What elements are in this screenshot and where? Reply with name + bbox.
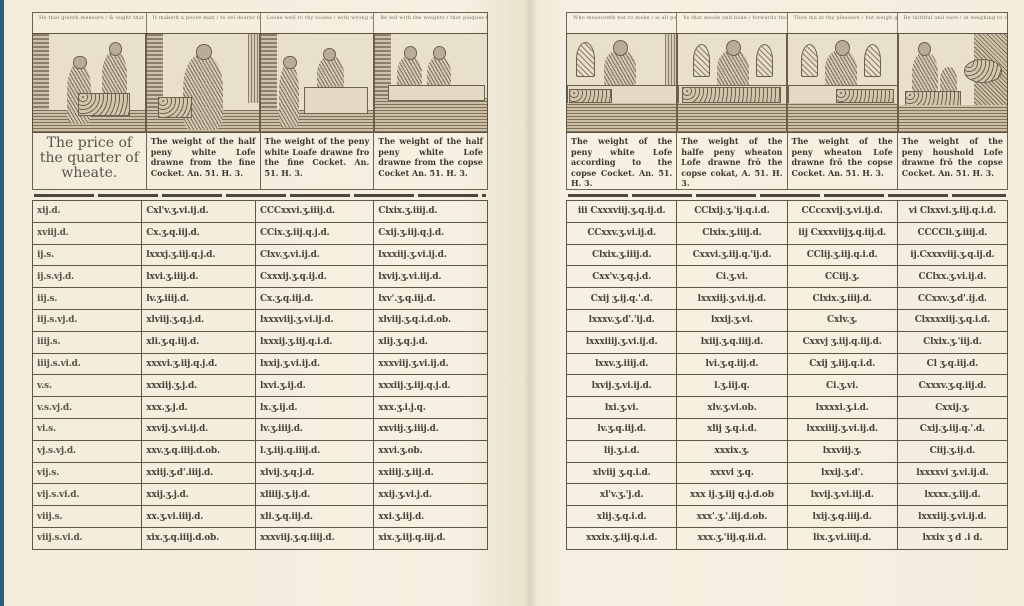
table-cell: xxvi.ʒ.ob.: [374, 440, 488, 462]
table-cell: lxxxxi.ʒ.i.d.: [787, 397, 897, 419]
woodcut-bakers-at-table-icon: [375, 34, 487, 132]
column-header: The weight of the peny houshold Lofe dra…: [898, 133, 1007, 189]
table-cell: xx.ʒ.vi.iiij.d.: [142, 506, 256, 528]
table-cell: xli.ʒ.q.iij.d.: [142, 331, 256, 353]
table-cell: vij.s.: [33, 462, 142, 484]
table-cell: Cxij ʒ.iij.q.i.d.: [787, 353, 897, 375]
table-cell: xij.d.: [33, 201, 142, 223]
table-cell: ij.Cxxxviij.ʒ.q.ij.d.: [897, 244, 1007, 266]
table-row: lij.ʒ.i.d.xxxix.ʒ.lxxviij.ʒ.Ciij.ʒ.ij.d.: [567, 440, 1008, 462]
woodcut-kneading-trough-icon: [261, 34, 375, 132]
table-cell: lxvij.ʒ.vi.iij.d.: [787, 484, 897, 506]
verse-caption: It maketh a poore man / to sel dearer fo…: [147, 13, 261, 33]
table-cell: CCix.ʒ.iij.q.j.d.: [255, 222, 373, 244]
column-header: The weight of the peny white Lofe accord…: [567, 133, 677, 189]
table-row: ij.s.lxxxj.ʒ.iij.q.j.d.Clxv.ʒ.vi.ij.d.lx…: [33, 244, 488, 266]
table-cell: xxviij.ʒ.iiij.d.: [374, 418, 488, 440]
table-cell: lxxij.ʒ.vi.ij.d.: [255, 353, 373, 375]
table-cell: xxiiij.ʒ.iij.d.: [374, 462, 488, 484]
table-cell: lij.ʒ.i.d.: [567, 440, 677, 462]
table-cell: xxxiij.ʒ.iij.q.j.d.: [374, 375, 488, 397]
column-header: The weight of the half peny white Lofe d…: [147, 133, 261, 189]
table-cell: Clxix.ʒ.iiij.d.: [567, 244, 677, 266]
table-cell: Cxxvj ʒ.iij.q.iij.d.: [787, 331, 897, 353]
right-page: Who measureth not to make / is all point…: [566, 12, 1008, 550]
table-cell: iij.s.: [33, 288, 142, 310]
table-cell: CCxxv.ʒ.vi.ij.d.: [567, 222, 677, 244]
table-row: lxi.ʒ.vi.xlv.ʒ.vi.ob.lxxxxi.ʒ.i.d.Cxxij.…: [567, 397, 1008, 419]
table-row: Cxij ʒ.ij.q.'.d.lxxxiij.ʒ.vi.ij.d.Clxix.…: [567, 288, 1008, 310]
table-cell: lxij.ʒ.q.iiij.d.: [787, 506, 897, 528]
table-cell: lxxij.ʒ.d'.: [787, 462, 897, 484]
table-cell: v.s.: [33, 375, 142, 397]
table-cell: xxvij.ʒ.vi.ij.d.: [142, 418, 256, 440]
table-cell: vj.s.vj.d.: [33, 440, 142, 462]
table-cell: iiij.s.: [33, 331, 142, 353]
table-cell: lxxxiij.ʒ.vi.ij.d.: [677, 288, 787, 310]
table-cell: iij.s.vj.d.: [33, 309, 142, 331]
verse-caption: Ye that meale and bake / forwards those …: [677, 13, 787, 33]
table-row: lxxxiiij.ʒ.vi.ij.d.lxiij.ʒ.q.iiij.d.Cxxv…: [567, 331, 1008, 353]
table-cell: lxv'.ʒ.q.iij.d.: [374, 288, 488, 310]
table-cell: xl'v.ʒ.'j.d.: [567, 484, 677, 506]
table-cell: Ci.ʒ.vi.: [787, 375, 897, 397]
table-cell: Clxix.ʒ.iiij.d.: [374, 201, 488, 223]
table-cell: lxxxx.ʒ.iij.d.: [897, 484, 1007, 506]
table-cell: ij.s.vj.d.: [33, 266, 142, 288]
table-cell: Cxij ʒ.ij.q.'.d.: [567, 288, 677, 310]
verse-caption: Be led with the weights / that plaques f…: [374, 13, 487, 33]
table-cell: lxxxviij.ʒ.vi.ij.d.: [255, 309, 373, 331]
right-woodcut-strip: [566, 33, 1008, 133]
table-cell: lv.ʒ.iiij.d.: [142, 288, 256, 310]
table-row: CCxxv.ʒ.vi.ij.d.Clxix.ʒ.iiij.d.iij Cxxxv…: [567, 222, 1008, 244]
table-row: iii Cxxxviij.ʒ.q.ij.d.CClxij.ʒ.'ij.q.i.d…: [567, 201, 1008, 223]
table-cell: Cl ʒ.q.iij.d.: [897, 353, 1007, 375]
table-cell: xlvij.ʒ.q.j.d.: [255, 462, 373, 484]
table-cell: xxv.ʒ.q.iiij.d.ob.: [142, 440, 256, 462]
woodcut-farmer-with-sacks-icon: [33, 34, 147, 132]
divider-rule: [568, 194, 1006, 197]
verse-caption: Be faithful and sure / in weighing to cu…: [898, 13, 1007, 33]
table-cell: xxij.ʒ.vi.j.d.: [374, 484, 488, 506]
table-cell: lxxxv.ʒ.d'.'ij.d.: [567, 309, 677, 331]
table-cell: xlij ʒ.q.i.d.: [677, 418, 787, 440]
table-cell: xxx ij.ʒ.iij q.j.d.ob: [677, 484, 787, 506]
column-header: The weight of the peny white Loafe drawn…: [261, 133, 375, 189]
table-row: xxxix.ʒ.iij.q.i.d.xxx.ʒ.'iij.q.ii.d.lix.…: [567, 527, 1008, 549]
table-cell: xxx.ʒ.j.d.: [142, 397, 256, 419]
table-cell: xlij.ʒ.q.i.d.: [567, 506, 677, 528]
table-cell: lv.ʒ.iiij.d.: [255, 418, 373, 440]
column-header: The weight of the half peny white Lofe d…: [374, 133, 487, 189]
left-woodcut-strip: [32, 33, 488, 133]
table-cell: CClxij.ʒ.'ij.q.i.d.: [677, 201, 787, 223]
right-assize-table: iii Cxxxviij.ʒ.q.ij.d.CClxij.ʒ.'ij.q.i.d…: [566, 200, 1008, 550]
table-cell: lxvij.ʒ.vi.iij.d.: [374, 266, 488, 288]
table-row: iij.s.vj.d.xlviij.ʒ.q.j.d.lxxxviij.ʒ.vi.…: [33, 309, 488, 331]
table-cell: lxxv.ʒ.iiij.d.: [567, 353, 677, 375]
table-cell: CCxxv.ʒ.d'.ij.d.: [897, 288, 1007, 310]
column-header-wheat-price: The price of the quarter of wheate.: [33, 133, 147, 189]
book-spread: He that giueth measure / & ought that wo…: [4, 0, 1024, 606]
left-assize-table: xij.d.Cxl'v.ʒ.vi.ij.d.CCCxxvi.ʒ.iiij.d.C…: [32, 200, 488, 550]
table-row: lxxv.ʒ.iiij.d.lvi.ʒ.q.iij.d.Cxij ʒ.iij.q…: [567, 353, 1008, 375]
table-cell: Cxij.ʒ.iij.q.j.d.: [374, 222, 488, 244]
table-cell: Cxxvi.ʒ.iij.q.'ij.d.: [677, 244, 787, 266]
table-row: viij.s.vi.d.xix.ʒ.q.iiij.d.ob.xxxviij.ʒ.…: [33, 527, 488, 549]
table-row: vij.s.vi.d.xxij.ʒ.j.d.xliiij.ʒ.ij.d.xxij…: [33, 484, 488, 506]
table-row: viij.s.xx.ʒ.vi.iiij.d.xli.ʒ.q.iij.d.xxi.…: [33, 506, 488, 528]
table-cell: ij.s.: [33, 244, 142, 266]
table-cell: Cxl'v.ʒ.vi.ij.d.: [142, 201, 256, 223]
table-row: vj.s.vj.d.xxv.ʒ.q.iiij.d.ob.l.ʒ.iij.q.ii…: [33, 440, 488, 462]
table-cell: lxxix ʒ d .i d.: [897, 527, 1007, 549]
table-row: Clxix.ʒ.iiij.d.Cxxvi.ʒ.iij.q.'ij.d.CClij…: [567, 244, 1008, 266]
table-cell: xlviij ʒ.q.i.d.: [567, 462, 677, 484]
table-cell: lxxxiiij.ʒ.vi.ij.d.: [787, 418, 897, 440]
table-cell: lxiij.ʒ.q.iiij.d.: [677, 331, 787, 353]
table-cell: xxx.ʒ.i.j.q.: [374, 397, 488, 419]
table-cell: CCccxvij.ʒ.vi.ij.d.: [787, 201, 897, 223]
table-cell: lxxxiij.ʒ.vi.ij.d.: [374, 244, 488, 266]
table-row: lxxxv.ʒ.d'.'ij.d.lxxij.ʒ.vi.Cxlv.ʒ.Clxxx…: [567, 309, 1008, 331]
table-cell: xlviij.ʒ.q.i.d.ob.: [374, 309, 488, 331]
table-cell: Cxxxij.ʒ.q.ij.d.: [255, 266, 373, 288]
table-cell: lvi.ʒ.q.iij.d.: [677, 353, 787, 375]
table-cell: Clxv.ʒ.vi.ij.d.: [255, 244, 373, 266]
table-cell: CClxx.ʒ.vi.ij.d.: [897, 266, 1007, 288]
table-cell: xlviij.ʒ.q.j.d.: [142, 309, 256, 331]
table-row: Cxx'v.ʒ.q.j.d.Ci.ʒ.vi.CCiij.ʒ.CClxx.ʒ.vi…: [567, 266, 1008, 288]
table-cell: lxxxxvi ʒ.vi.ij.d.: [897, 462, 1007, 484]
verse-caption: Who measureth not to make / is all point…: [567, 13, 677, 33]
table-cell: iij Cxxxviijʒ.q.iij.d.: [787, 222, 897, 244]
table-row: xl'v.ʒ.'j.d.xxx ij.ʒ.iij q.j.d.oblxvij.ʒ…: [567, 484, 1008, 506]
table-row: xlij.ʒ.q.i.d.xxx'.ʒ.'.iij.d.ob.lxij.ʒ.q.…: [567, 506, 1008, 528]
table-cell: lxi.ʒ.vi.: [567, 397, 677, 419]
table-cell: Clxxxxiij.ʒ.q.i.d.: [897, 309, 1007, 331]
table-cell: lxxxiij.ʒ.vi.ij.d.: [897, 506, 1007, 528]
table-cell: lxxij.ʒ.vi.: [677, 309, 787, 331]
table-cell: Cxxij.ʒ.: [897, 397, 1007, 419]
table-cell: xxiij.ʒ.d'.iiij.d.: [142, 462, 256, 484]
table-cell: Ci.ʒ.vi.: [677, 266, 787, 288]
table-cell: CCCxxvi.ʒ.iiij.d.: [255, 201, 373, 223]
table-row: iiij.s.vi.d.xxxvi.ʒ.iij.q.j.d.lxxij.ʒ.vi…: [33, 353, 488, 375]
table-row: vij.s.xxiij.ʒ.d'.iiij.d.xlvij.ʒ.q.j.d.xx…: [33, 462, 488, 484]
table-cell: xviij.d.: [33, 222, 142, 244]
woodcut-woman-sifting-icon: [147, 34, 261, 132]
table-cell: Cxx'v.ʒ.q.j.d.: [567, 266, 677, 288]
table-cell: xxxiij.ʒ.j.d.: [142, 375, 256, 397]
column-header: The weight of the halfe peny wheaton Lof…: [677, 133, 787, 189]
table-cell: viij.s.vi.d.: [33, 527, 142, 549]
table-cell: xxx.ʒ.'iij.q.ii.d.: [677, 527, 787, 549]
table-row: ij.s.vj.d.lxvi.ʒ.iiij.d.Cxxxij.ʒ.q.ij.d.…: [33, 266, 488, 288]
table-row: xij.d.Cxl'v.ʒ.vi.ij.d.CCCxxvi.ʒ.iiij.d.C…: [33, 201, 488, 223]
table-cell: Clxix.ʒ.'iij.d.: [897, 331, 1007, 353]
table-row: v.s.xxxiij.ʒ.j.d.lxvi.ʒ.ij.d.xxxiij.ʒ.ii…: [33, 375, 488, 397]
table-cell: lix.ʒ.vi.iiij.d.: [787, 527, 897, 549]
woodcut-bakers-oven-icon: [899, 34, 1008, 132]
table-cell: lxxxiiij.ʒ.vi.ij.d.: [567, 331, 677, 353]
table-row: xlviij ʒ.q.i.d.xxxvi ʒ.q.lxxij.ʒ.d'.lxxx…: [567, 462, 1008, 484]
table-cell: CCiij.ʒ.: [787, 266, 897, 288]
table-row: xviij.d.Cx.ʒ.q.iij.d.CCix.ʒ.iij.q.j.d.Cx…: [33, 222, 488, 244]
table-cell: xxxvi ʒ.q.: [677, 462, 787, 484]
table-cell: lxvi.ʒ.ij.d.: [255, 375, 373, 397]
table-cell: lv.ʒ.q.iij.d.: [567, 418, 677, 440]
table-cell: iiij.s.vi.d.: [33, 353, 142, 375]
table-cell: l.ʒ.iij.q.iiij.d.: [255, 440, 373, 462]
table-cell: xlij.ʒ.q.j.d.: [374, 331, 488, 353]
table-cell: lxvij.ʒ.vi.ij.d.: [567, 375, 677, 397]
table-cell: xli.ʒ.q.iij.d.: [255, 506, 373, 528]
woodcut-baker-shaping-icon: [788, 34, 899, 132]
table-cell: vij.s.vi.d.: [33, 484, 142, 506]
table-cell: CCCCli.ʒ.iiij.d.: [897, 222, 1007, 244]
table-cell: Cxxxv.ʒ.q.iij.d.: [897, 375, 1007, 397]
table-cell: xliiij.ʒ.ij.d.: [255, 484, 373, 506]
table-cell: lxxxj.ʒ.iij.q.j.d.: [142, 244, 256, 266]
table-cell: xix.ʒ.iij.q.iij.d.: [374, 527, 488, 549]
table-row: lxvij.ʒ.vi.ij.d.l.ʒ.iij.q.Ci.ʒ.vi.Cxxxv.…: [567, 375, 1008, 397]
table-cell: Cx.ʒ.q.iij.d.: [255, 288, 373, 310]
table-cell: xxi.ʒ.iij.d.: [374, 506, 488, 528]
table-cell: Clxix.ʒ.iiij.d.: [787, 288, 897, 310]
table-cell: xxxix.ʒ.: [677, 440, 787, 462]
left-page: He that giueth measure / & ought that wo…: [32, 12, 488, 550]
table-cell: xxij.ʒ.j.d.: [142, 484, 256, 506]
table-cell: xxxix.ʒ.iij.q.i.d.: [567, 527, 677, 549]
table-row: vi.s.xxvij.ʒ.vi.ij.d.lv.ʒ.iiij.d.xxviij.…: [33, 418, 488, 440]
woodcut-baker-window-icon: [567, 34, 678, 132]
table-cell: xxx'.ʒ.'.iij.d.ob.: [677, 506, 787, 528]
table-cell: v.s.vj.d.: [33, 397, 142, 419]
column-header: The weight of the peny wheaton Lofe draw…: [788, 133, 898, 189]
table-cell: Cxlv.ʒ.: [787, 309, 897, 331]
table-cell: CClij.ʒ.iij.q.i.d.: [787, 244, 897, 266]
table-cell: xxxviij.ʒ.vi.ij.d.: [374, 353, 488, 375]
table-cell: Cx.ʒ.q.iij.d.: [142, 222, 256, 244]
left-column-headers: The price of the quarter of wheate. The …: [32, 133, 488, 190]
table-cell: xxxviij.ʒ.q.iiij.d.: [255, 527, 373, 549]
table-cell: Ciij.ʒ.ij.d.: [897, 440, 1007, 462]
divider-rule: [34, 194, 486, 197]
table-cell: lx.ʒ.ij.d.: [255, 397, 373, 419]
table-cell: Clxix.ʒ.iiij.d.: [677, 222, 787, 244]
table-cell: Cxij.ʒ.iij.q.'.d.: [897, 418, 1007, 440]
table-cell: xix.ʒ.q.iiij.d.ob.: [142, 527, 256, 549]
right-column-headers: The weight of the peny white Lofe accord…: [566, 133, 1008, 190]
table-row: lv.ʒ.q.iij.d.xlij ʒ.q.i.d.lxxxiiij.ʒ.vi.…: [567, 418, 1008, 440]
table-cell: lxxxij.ʒ.iij.q.i.d.: [255, 331, 373, 353]
right-verse-captions: Who measureth not to make / is all point…: [566, 12, 1008, 33]
table-row: iiij.s.xli.ʒ.q.iij.d.lxxxij.ʒ.iij.q.i.d.…: [33, 331, 488, 353]
table-row: v.s.vj.d.xxx.ʒ.j.d.lx.ʒ.ij.d.xxx.ʒ.i.j.q…: [33, 397, 488, 419]
verse-caption: He that giueth measure / & ought that wo…: [33, 13, 147, 33]
table-cell: l.ʒ.iij.q.: [677, 375, 787, 397]
verse-caption: Looke well to thy scales / with wrong we…: [261, 13, 375, 33]
table-row: iij.s.lv.ʒ.iiij.d.Cx.ʒ.q.iij.d.lxv'.ʒ.q.…: [33, 288, 488, 310]
table-cell: lxxviij.ʒ.: [787, 440, 897, 462]
table-cell: vi Clxxvi.ʒ.iij.q.i.d.: [897, 201, 1007, 223]
book-gutter: [523, 0, 537, 606]
woodcut-baker-kneading-icon: [678, 34, 789, 132]
table-cell: viij.s.: [33, 506, 142, 528]
table-cell: iii Cxxxviij.ʒ.q.ij.d.: [567, 201, 677, 223]
verse-caption: Thou ma at thy pleasure / but weigh good…: [788, 13, 898, 33]
table-cell: xlv.ʒ.vi.ob.: [677, 397, 787, 419]
table-cell: xxxvi.ʒ.iij.q.j.d.: [142, 353, 256, 375]
left-verse-captions: He that giueth measure / & ought that wo…: [32, 12, 488, 33]
table-cell: vi.s.: [33, 418, 142, 440]
table-cell: lxvi.ʒ.iiij.d.: [142, 266, 256, 288]
